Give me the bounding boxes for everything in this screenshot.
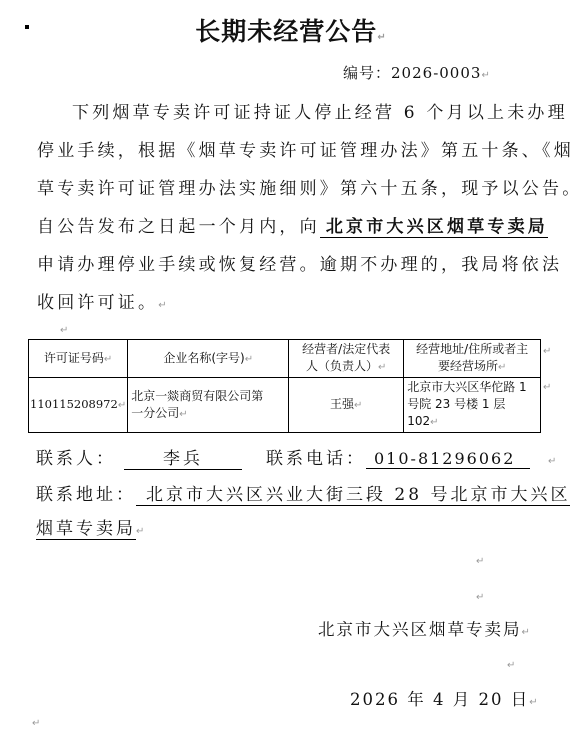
paragraph-mark-icon: ↵ xyxy=(118,400,126,411)
cell-license-no: 110115208972↵ xyxy=(29,378,128,433)
paragraph-mark-icon: ↵ xyxy=(245,354,253,365)
paragraph-mark-icon: ↵ xyxy=(430,417,438,428)
bureau-name-underlined: 北京市大兴区烟草专卖局 xyxy=(320,217,548,238)
cell-operator: 王强↵ xyxy=(289,378,404,433)
paragraph-mark-icon: ↵ xyxy=(476,556,484,567)
paragraph-mark-icon: ↵ xyxy=(476,592,484,603)
paragraph-mark-icon: ↵ xyxy=(522,627,532,638)
body-line-3: 草专卖许可证管理办法实施细则》第六十五条，现予以公告。 xyxy=(37,174,582,199)
header-license-no: 许可证号码↵ xyxy=(29,340,128,378)
header-text: 企业名称(字号) xyxy=(163,351,244,365)
header-text: 人（负责人） xyxy=(306,359,378,373)
cell-text: 110115208972 xyxy=(30,397,118,411)
serial-label: 编号： xyxy=(343,64,391,82)
paragraph-mark-icon: ↵ xyxy=(104,354,112,365)
header-address: 经营地址/住所或者主要经营场所↵ xyxy=(404,340,541,378)
license-table: 许可证号码↵ 企业名称(字号)↵ 经营者/法定代表人（负责人）↵ 经营地址/住所… xyxy=(28,339,541,433)
paragraph-mark-icon: ↵ xyxy=(548,456,559,467)
header-text: 经营者/法定代表 xyxy=(302,342,390,356)
contact-person-label: 联系人： xyxy=(36,449,116,469)
serial-value: 2026-0003 xyxy=(391,64,481,82)
paragraph-mark-icon: ↵ xyxy=(543,346,551,357)
cell-text: 北京市大兴区华佗路 1 xyxy=(407,380,526,394)
paragraph-mark-icon: ↵ xyxy=(377,32,386,43)
contact-address-line2: 烟草专卖局↵ xyxy=(36,514,147,539)
paragraph-mark-icon: ↵ xyxy=(60,325,68,336)
cell-text: 号院 23 号楼 1 层 102 xyxy=(407,397,505,428)
paragraph-mark-icon: ↵ xyxy=(378,362,386,373)
paragraph-mark-icon: ↵ xyxy=(507,660,515,671)
document-title: 长期未经营公告↵ xyxy=(0,12,582,48)
contact-address-value-line1: 北京市大兴区兴业大街三段 28 号北京市大兴区 xyxy=(136,485,570,506)
header-operator: 经营者/法定代表人（负责人）↵ xyxy=(289,340,404,378)
issuer-signature: 北京市大兴区烟草专卖局↵ xyxy=(318,616,532,640)
body-line-4: 自公告发布之日起一个月内，向北京市大兴区烟草专卖局 xyxy=(37,212,548,237)
header-text: 经营地址/住所或者主 xyxy=(416,342,528,356)
paragraph-mark-icon: ↵ xyxy=(32,718,40,729)
paragraph-mark-icon: ↵ xyxy=(481,70,490,81)
issue-date: 2026 年 4 月 20 日↵ xyxy=(350,686,540,710)
paragraph-mark-icon: ↵ xyxy=(543,382,551,393)
issue-date-text: 2026 年 4 月 20 日 xyxy=(350,690,529,709)
cell-address: 北京市大兴区华佗路 1号院 23 号楼 1 层 102↵ xyxy=(404,378,541,433)
serial-number: 编号：2026-0003↵ xyxy=(343,62,491,83)
contact-address-value-line2: 烟草专卖局 xyxy=(36,519,136,540)
cell-text: 王强 xyxy=(330,397,354,411)
paragraph-mark-icon: ↵ xyxy=(529,697,539,708)
body-line-1: 下列烟草专卖许可证持证人停止经营 6 个月以上未办理 xyxy=(72,98,568,123)
body-line-2: 停业手续，根据《烟草专卖许可证管理办法》第五十条、《烟 xyxy=(37,136,574,161)
paragraph-mark-icon: ↵ xyxy=(179,409,187,420)
contact-address-label: 联系地址： xyxy=(36,485,136,505)
table-row: 110115208972↵ 北京一燚商贸有限公司第一分公司↵ 王强↵ 北京市大兴… xyxy=(29,378,541,433)
table-header-row: 许可证号码↵ 企业名称(字号)↵ 经营者/法定代表人（负责人）↵ 经营地址/住所… xyxy=(29,340,541,378)
header-text: 要经营场所 xyxy=(438,359,498,373)
body-line-6: 收回许可证。↵ xyxy=(37,288,170,313)
contact-person: 联系人：李兵 xyxy=(36,444,242,470)
header-company-name: 企业名称(字号)↵ xyxy=(128,340,289,378)
body-line-4-prefix: 自公告发布之日起一个月内，向 xyxy=(37,217,320,237)
title-text: 长期未经营公告 xyxy=(195,17,377,46)
body-line-6-text: 收回许可证。 xyxy=(37,293,158,313)
paragraph-mark-icon: ↵ xyxy=(354,400,362,411)
body-line-5: 申请办理停业手续或恢复经营。逾期不办理的，我局将依法 xyxy=(37,250,562,275)
paragraph-mark-icon: ↵ xyxy=(498,362,506,373)
cell-text: 一分公司 xyxy=(131,406,179,420)
contact-phone-label: 联系电话： xyxy=(266,449,366,469)
cell-company-name: 北京一燚商贸有限公司第一分公司↵ xyxy=(128,378,289,433)
contact-person-value: 李兵 xyxy=(124,444,242,470)
contact-phone: 联系电话：010-81296062↵ xyxy=(266,444,559,469)
issuer-name: 北京市大兴区烟草专卖局 xyxy=(318,620,522,639)
cell-text: 北京一燚商贸有限公司第 xyxy=(131,389,263,403)
contact-address: 联系地址：北京市大兴区兴业大街三段 28 号北京市大兴区 xyxy=(36,480,570,505)
paragraph-mark-icon: ↵ xyxy=(136,526,147,537)
contact-phone-value: 010-81296062 xyxy=(366,449,530,469)
paragraph-mark-icon: ↵ xyxy=(158,300,170,311)
header-text: 许可证号码 xyxy=(44,351,104,365)
